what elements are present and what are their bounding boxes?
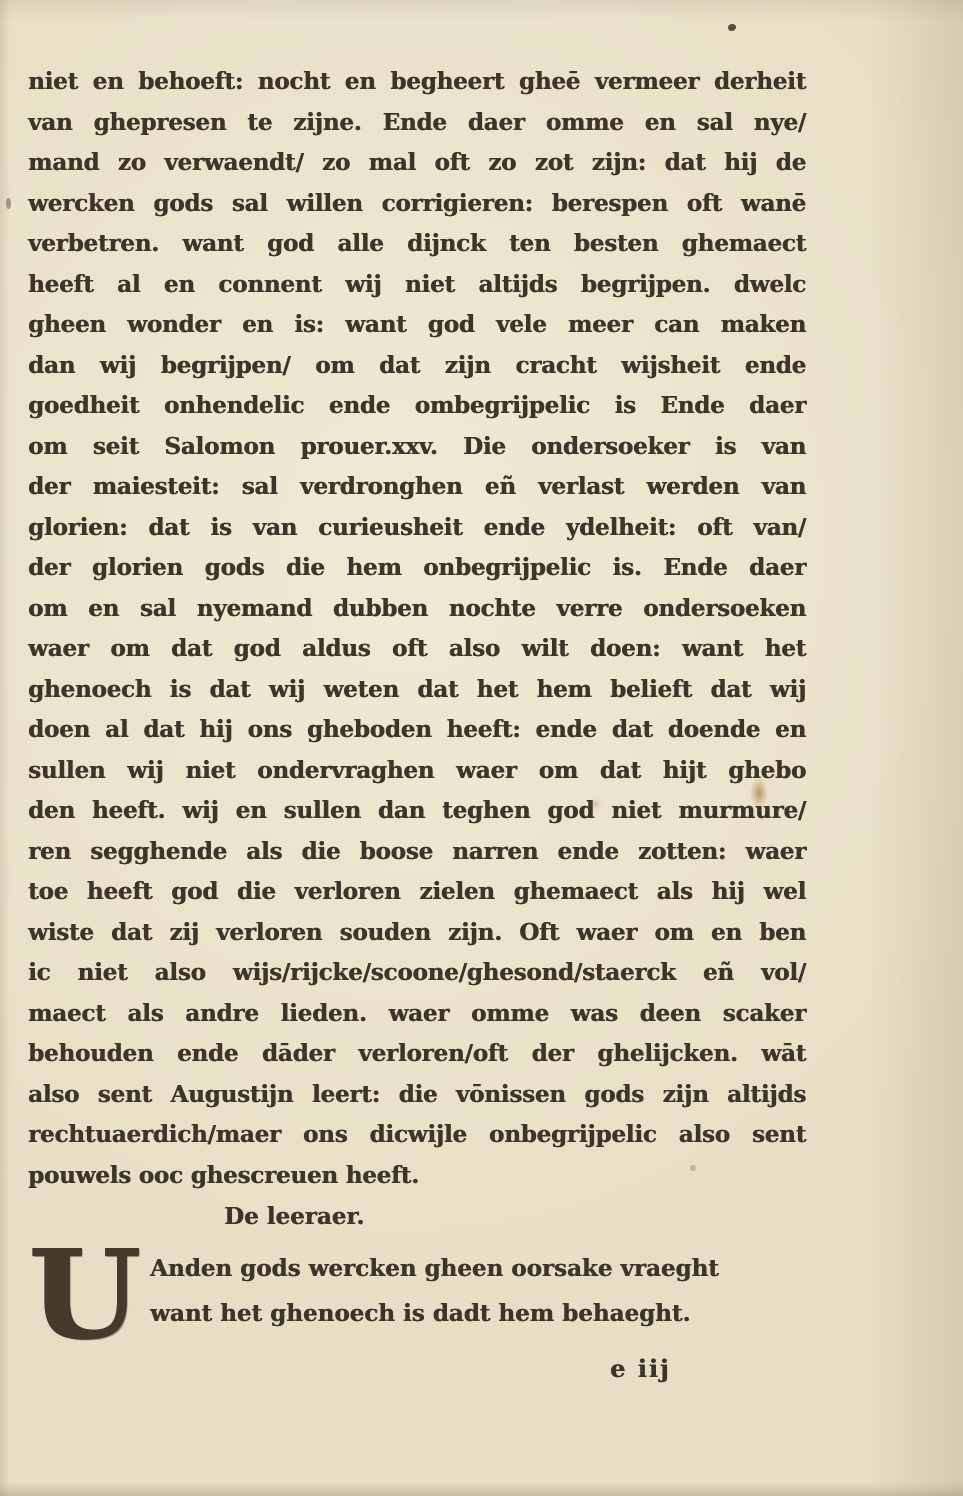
text-line: mand zo verwaendt/ zo mal oft zo zot zij… xyxy=(28,143,806,184)
text-line: also sent Augustijn leert: die vōnissen … xyxy=(28,1075,806,1116)
text-line: sullen wij niet ondervraghen waer om dat… xyxy=(28,751,806,792)
text-line: der maiesteit: sal verdronghen eñ verlas… xyxy=(28,467,806,508)
main-text-block: niet en behoeft: nocht en begheert gheē … xyxy=(28,62,806,1383)
text-line: heeft al en connent wij niet altijds beg… xyxy=(28,265,806,306)
text-line: verbetren. want god alle dijnck ten best… xyxy=(28,224,806,265)
text-line: ren segghende als die boose narren ende … xyxy=(28,832,806,873)
text-line: om seit Salomon prouer.xxv. Die ondersoe… xyxy=(28,427,806,468)
text-line: om en sal nyemand dubben nochte verre on… xyxy=(28,589,806,630)
text-line: behouden ende dāder verloren/oft der ghe… xyxy=(28,1034,806,1075)
text-line: ghenoech is dat wij weten dat het hem be… xyxy=(28,670,806,711)
text-line: doen al dat hij ons gheboden heeft: ende… xyxy=(28,710,806,751)
text-line: wercken gods sal willen corrigieren: ber… xyxy=(28,184,806,225)
section-heading: De leeraer. xyxy=(28,1196,806,1238)
ink-speck xyxy=(6,198,11,209)
text-line: wiste dat zij verloren souden zijn. Oft … xyxy=(28,913,806,954)
text-line: goedheit onhendelic ende ombegrijpelic i… xyxy=(28,386,806,427)
text-line: ic niet also wijs/rijcke/scoone/ghesond/… xyxy=(28,953,806,994)
text-line: dan wij begrijpen/ om dat zijn cracht wi… xyxy=(28,346,806,387)
text-line: den heeft. wij en sullen dan teghen god … xyxy=(28,791,806,832)
book-page: niet en behoeft: nocht en begheert gheē … xyxy=(0,0,963,1496)
text-line: van ghepresen te zijne. Ende daer omme e… xyxy=(28,103,806,144)
text-line: gheen wonder en is: want god vele meer c… xyxy=(28,305,806,346)
drop-cap-initial: U xyxy=(28,1246,157,1354)
text-line: pouwels ooc ghescreuen heeft. xyxy=(28,1156,806,1197)
text-line: niet en behoeft: nocht en begheert gheē … xyxy=(28,62,806,103)
text-line: der glorien gods die hem onbegrijpelic i… xyxy=(28,548,806,589)
signature-mark: e iij xyxy=(28,1354,806,1383)
text-line: waer om dat god aldus oft also wilt doen… xyxy=(28,629,806,670)
ink-speck xyxy=(728,24,736,31)
text-line: toe heeft god die verloren zielen ghemae… xyxy=(28,872,806,913)
text-line: rechtuaerdich/maer ons dicwijle onbegrij… xyxy=(28,1115,806,1156)
verse-paragraph: U Anden gods wercken gheen oorsake vraeg… xyxy=(28,1246,806,1336)
text-line: maect als andre lieden. waer omme was de… xyxy=(28,994,806,1035)
text-line: glorien: dat is van curieusheit ende yde… xyxy=(28,508,806,549)
